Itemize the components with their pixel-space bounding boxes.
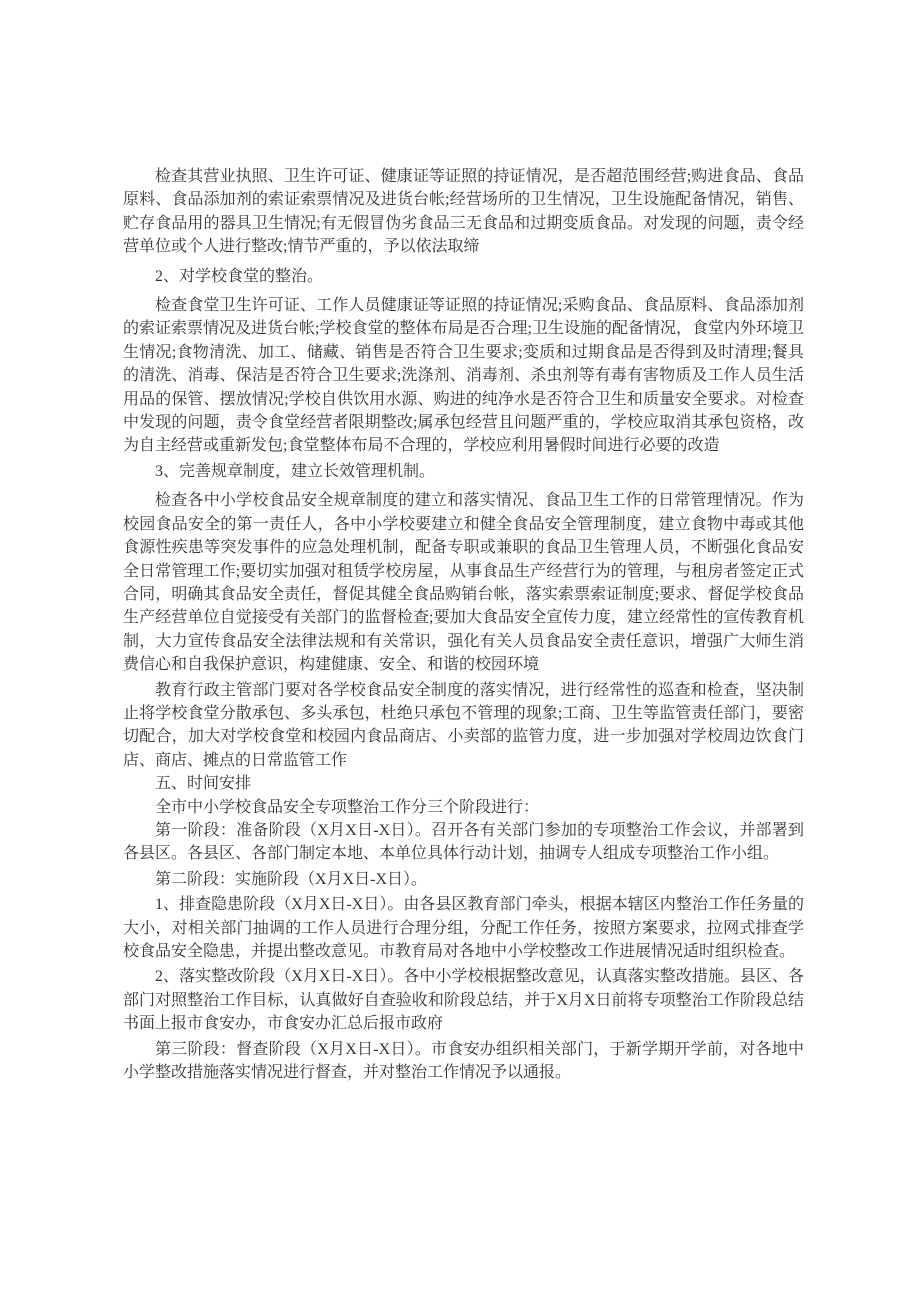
paragraph-three-stages-intro: 全市中小学校食品安全专项整治工作分三个阶段进行： xyxy=(123,796,804,819)
paragraph-stage-three: 第三阶段：督查阶段（X月X日-X日）。市食安办组织相关部门，于新学期开学前，对各… xyxy=(123,1038,804,1085)
document-text-block: 检查其营业执照、卫生许可证、健康证等证照的持证情况，是否超范围经营;购进食品、食… xyxy=(123,165,804,1084)
paragraph-inspection-business: 检查其营业执照、卫生许可证、健康证等证照的持证情况，是否超范围经营;购进食品、食… xyxy=(123,165,804,259)
paragraph-stage-two-item-2: 2、落实整改阶段（X月X日-X日）。各中小学校根据整改意见，认真落实整改措施。县… xyxy=(123,965,804,1035)
heading-time-arrangement: 五、时间安排 xyxy=(123,772,804,795)
paragraph-supervision: 教育行政主管部门要对各学校食品安全制度的落实情况，进行经常性的巡查和检查，坚决制… xyxy=(123,679,804,773)
paragraph-rules-inspection: 检查各中小学校食品安全规章制度的建立和落实情况、食品卫生工作的日常管理情况。作为… xyxy=(123,489,804,676)
paragraph-canteen-inspection: 检查食堂卫生许可证、工作人员健康证等证照的持证情况;采购食品、食品原料、食品添加… xyxy=(123,294,804,458)
paragraph-stage-one: 第一阶段：准备阶段（X月X日-X日）。召开各有关部门参加的专项整治工作会议，并部… xyxy=(123,819,804,866)
heading-improve-rules: 3、完善规章制度，建立长效管理机制。 xyxy=(123,460,804,483)
heading-canteen-rectification: 2、对学校食堂的整治。 xyxy=(123,265,804,288)
paragraph-stage-two-item-1: 1、排查隐患阶段（X月X日-X日）。由各县区教育部门牵头，根据本辖区内整治工作任… xyxy=(123,893,804,963)
document-page: 检查其营业执照、卫生许可证、健康证等证照的持证情况，是否超范围经营;购进食品、食… xyxy=(0,0,920,1301)
paragraph-stage-two: 第二阶段：实施阶段（X月X日-X日）。 xyxy=(123,868,804,891)
